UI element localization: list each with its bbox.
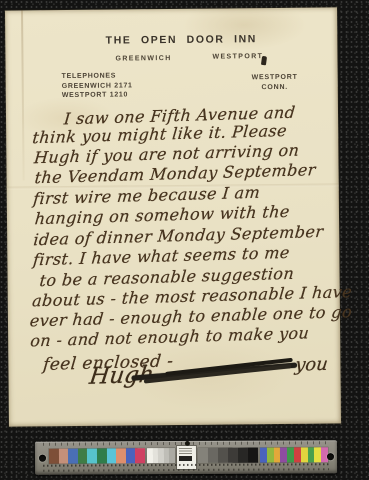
gray-patch bbox=[238, 448, 248, 463]
signature-row: Hugh you bbox=[3, 1, 335, 11]
color-patch bbox=[49, 449, 59, 464]
gray-patch bbox=[198, 448, 208, 463]
color-patch bbox=[135, 448, 145, 463]
ruler-color-patches-left bbox=[49, 448, 145, 464]
ruler-gray-scale-light bbox=[147, 448, 175, 463]
color-patch bbox=[107, 448, 117, 463]
handwritten-body: I saw one Fifth Avenue andthink you migh… bbox=[3, 1, 335, 11]
color-patch bbox=[78, 449, 88, 464]
ruler-color-patches-right bbox=[260, 447, 328, 462]
gray-patch bbox=[169, 448, 175, 463]
gray-patch bbox=[218, 448, 228, 463]
color-patch bbox=[59, 449, 69, 464]
letter-body: I saw one Fifth Avenue andthink you migh… bbox=[3, 1, 347, 426]
ruler-center-label bbox=[177, 446, 196, 469]
gray-patch bbox=[228, 448, 238, 463]
gray-patch bbox=[248, 448, 258, 463]
color-patch bbox=[126, 448, 136, 463]
ruler-gray-scale-dark bbox=[198, 448, 258, 463]
color-patch bbox=[116, 448, 126, 463]
ruler-hole-left bbox=[39, 455, 46, 462]
color-patch bbox=[68, 449, 78, 464]
scan-background: THE OPEN DOOR INN GREENWICH WESTPORT TEL… bbox=[0, 0, 369, 480]
color-patch bbox=[87, 448, 97, 463]
word-after-scribble: you bbox=[294, 354, 329, 376]
gray-patch bbox=[208, 448, 218, 463]
color-patch bbox=[97, 448, 107, 463]
ruler-hole-right bbox=[327, 453, 334, 460]
letter-page: THE OPEN DOOR INN GREENWICH WESTPORT TEL… bbox=[5, 7, 341, 426]
color-calibration-ruler bbox=[35, 440, 337, 475]
